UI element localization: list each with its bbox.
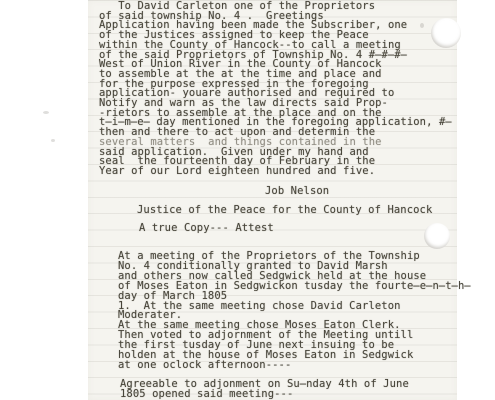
attestation: A true Copy--- Attest — [139, 224, 274, 234]
hole-punch — [431, 18, 461, 48]
scan-speck — [420, 23, 424, 28]
document-line: A true Copy--- Attest — [139, 224, 274, 234]
document-line: at one oclock afternoon---- — [118, 361, 471, 371]
document-line: Year of our Lord eighteen hundred and fi… — [99, 167, 452, 177]
scan-speck — [51, 139, 55, 142]
adjournment-note: Agreeable to adjonment on Su̶nday 4th of… — [120, 379, 409, 399]
signature: Job Nelson — [265, 187, 329, 197]
document-line: Job Nelson — [265, 187, 329, 197]
hole-punch — [424, 223, 450, 249]
meeting-minutes: At a meeting of the Proprietors of the T… — [118, 252, 471, 371]
document-line: Justice of the Peace for the County of H… — [137, 206, 432, 216]
scan-speck — [43, 111, 49, 114]
scanned-document-page: To David Carleton one of the Proprietors… — [0, 0, 495, 400]
signature-title: Justice of the Peace for the County of H… — [137, 206, 432, 216]
warrant-body: To David Carleton one of the Proprietors… — [99, 2, 452, 177]
document-line: 1805 opened said meeting--- — [120, 389, 409, 399]
